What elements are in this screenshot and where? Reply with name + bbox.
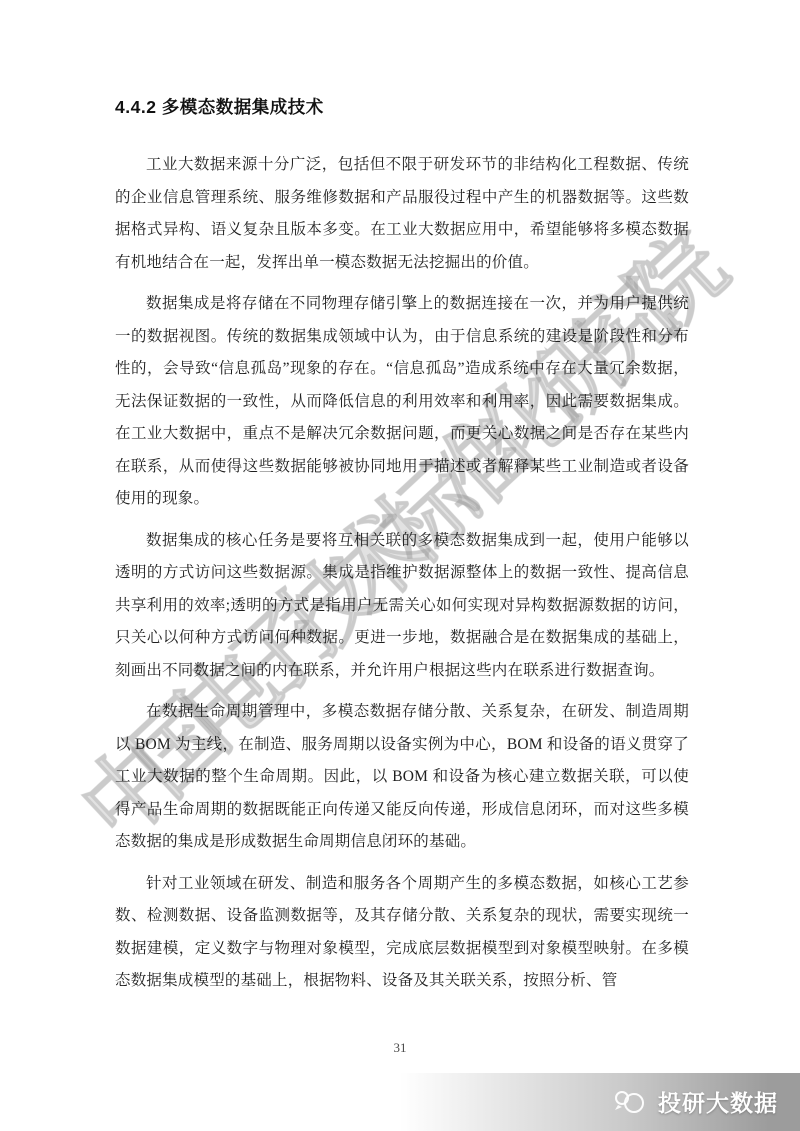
page-number: 31 (0, 1040, 800, 1056)
paragraph: 数据集成的核心任务是要将互相关联的多模态数据集成到一起，使用户能够以透明的方式访… (115, 525, 689, 688)
paragraph: 针对工业领域在研发、制造和服务各个周期产生的多模态数据，如核心工艺参数、检测数据… (115, 868, 689, 998)
footer-logo: 投研大数据 (612, 1085, 778, 1118)
paragraph: 数据集成是将存储在不同物理存储引擎上的数据连接在一次，并为用户提供统一的数据视图… (115, 288, 689, 516)
body-text: 工业大数据来源十分广泛，包括但不限于研发环节的非结构化工程数据、传统的企业信息管… (115, 149, 689, 998)
paragraph: 工业大数据来源十分广泛，包括但不限于研发环节的非结构化工程数据、传统的企业信息管… (115, 149, 689, 279)
document-page: 中国电子技术标准化研究院 4.4.2 多模态数据集成技术 工业大数据来源十分广泛… (0, 0, 800, 1131)
paragraph: 在数据生命周期管理中，多模态数据存储分散、关系复杂，在研发、制造周期以 BOM … (115, 696, 689, 859)
section-heading: 4.4.2 多模态数据集成技术 (115, 94, 689, 119)
footer-logo-label: 投研大数据 (658, 1085, 778, 1118)
page-content: 4.4.2 多模态数据集成技术 工业大数据来源十分广泛，包括但不限于研发环节的非… (115, 94, 689, 1007)
footer-gradient-band: 投研大数据 (0, 1073, 800, 1131)
bubbles-magnifier-icon (612, 1088, 650, 1116)
